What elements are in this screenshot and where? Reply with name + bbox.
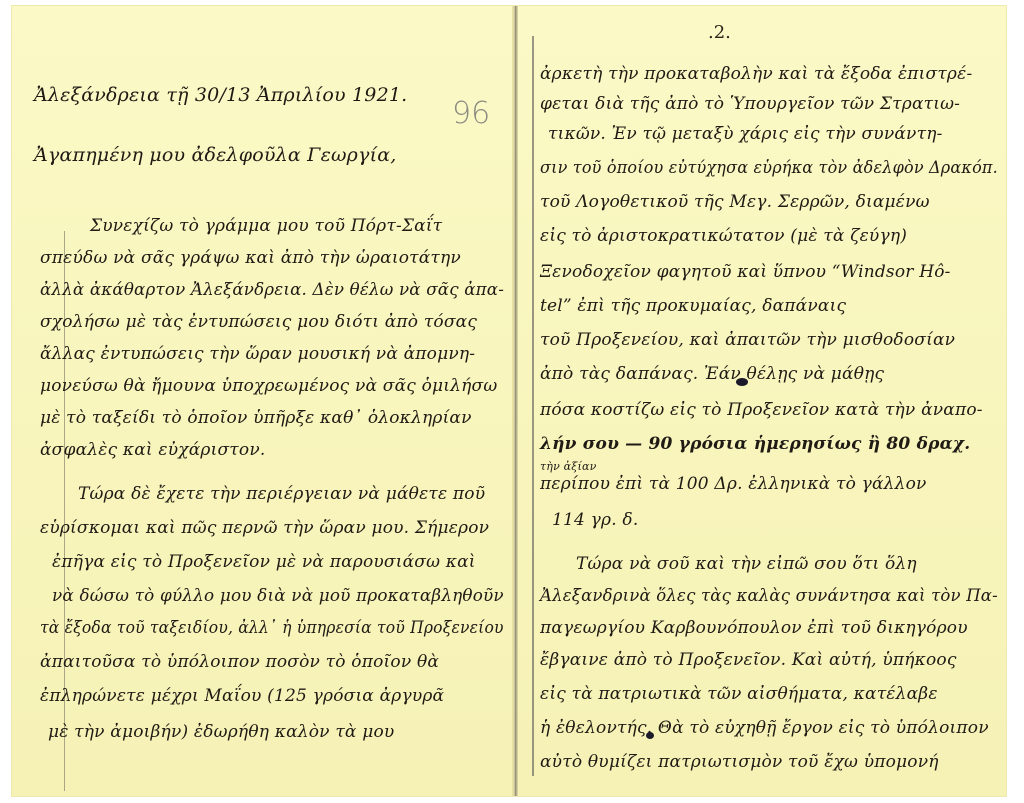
- archive-number: 96: [452, 96, 490, 131]
- letter-line: αὐτὸ θυμίζει πατριωτισμὸν τοῦ ἔχω ὑπομον…: [540, 752, 939, 772]
- letter-line: ἐπῆγα εἰς τὸ Προξενεῖον μὲ νὰ παρουσιάσω…: [52, 552, 476, 572]
- letter-line: ἀπὸ τὰς δαπάνας. Ἐάν θέλῃς νὰ μάθῃς: [540, 364, 884, 384]
- salutation: Ἀγαπημένη μου ἀδελφοῦλα Γεωργία,: [34, 144, 397, 166]
- page-number: .2.: [708, 22, 731, 43]
- right-margin-rule: [532, 36, 534, 776]
- letter-line: ἡ ἐθελοντής. Θὰ τὸ εὐχηθῇ ἔργον εἰς τὸ ὑ…: [540, 718, 989, 738]
- letter-line: Συνεχίζω τὸ γράμμα μου τοῦ Πόρτ-Σαΐτ: [90, 216, 442, 236]
- letter-line: Ξενοδοχεῖον φαγητοῦ καὶ ὕπνου “Windsor H…: [540, 262, 951, 282]
- letter-line: σχολήσω μὲ τὰς ἐντυπώσεις μου διότι ἀπὸ …: [40, 312, 477, 332]
- letter-line-amount: λήν σου — 90 γρόσια ἡμερησίως ἢ 80 δραχ.: [540, 434, 970, 454]
- letter-line: Τώρα νὰ σοῦ καὶ τὴν εἰπῶ σου ὅτι ὅλη: [576, 554, 917, 574]
- dateline: Ἀλεξάνδρεια τῇ 30/13 Ἀπριλίου 1921.: [34, 84, 407, 106]
- letter-line: 114 γρ. δ.: [552, 510, 638, 530]
- letter-line: τὰ ἔξοδα τοῦ ταξειδίου, ἀλλ᾽ ἡ ὑπηρεσία …: [40, 618, 504, 638]
- letter-line: σιν τοῦ ὁποίου εὐτύχησα εὑρήκα τὸν ἀδελφ…: [540, 158, 998, 178]
- letter-line: ἀσφαλὲς καὶ εὐχάριστον.: [40, 440, 265, 460]
- letter-line: παγεωργίου Καρβουνόπουλον ἐπὶ τοῦ δικηγό…: [540, 618, 968, 638]
- letter-line: τοῦ Λογοθετικοῦ τῆς Μεγ. Σερρῶν, διαμένω: [540, 192, 930, 212]
- letter-line: ἀρκετὴ τὴν προκαταβολὴν καὶ τὰ ἔξοδα ἐπι…: [540, 64, 972, 84]
- letter-line: tel” ἐπὶ τῆς προκυμαίας, δαπάναις: [540, 296, 846, 316]
- letter-line: περίπου ἐπὶ τὰ 100 Δρ. ἐλληνικὰ τὸ γάλλο…: [540, 474, 927, 494]
- letter-line: τοῦ Προξενείου, καὶ ἀπαιτῶν τὴν μισθοδοσ…: [540, 330, 955, 350]
- ink-dot: [646, 732, 654, 739]
- letter-line: εἰς τὸ ἀριστοκρατικώτατον (μὲ τὰ ζεύγη): [540, 226, 907, 246]
- letter-line: ἀλλὰ ἀκάθαρτον Ἀλεξάνδρεια. Δὲν θέλω νὰ …: [40, 280, 504, 300]
- interlinear-note: τὴν ἀξίαν: [540, 460, 597, 473]
- letter-line: πόσα κοστίζω εἰς τὸ Προξενεῖον κατὰ τὴν …: [540, 400, 983, 420]
- letter-line: ἔβγαινε ἀπὸ τὸ Προξενεῖον. Καὶ αὐτή, ὑπή…: [540, 650, 957, 670]
- letter-line: ἐπληρώνετε μέχρι Μαΐου (125 γρόσια ἀργυρ…: [40, 686, 444, 706]
- letter-line: ἀπαιτοῦσα τὸ ὑπόλοιπον ποσὸν τὸ ὁποῖον θ…: [40, 652, 439, 672]
- letter-line: μὲ τὴν ἀμοιβήν) ἐδωρήθη καλὸν τὰ μου: [48, 722, 394, 742]
- letter-line: μονεύσω θὰ ἤμουνα ὑποχρεωμένος νὰ σᾶς ὁμ…: [40, 376, 497, 396]
- page-right: .2. ἀρκετὴ τὴν προκαταβολὴν καὶ τὰ ἔξοδα…: [518, 6, 1006, 796]
- letter-sheet: Ἀλεξάνδρεια τῇ 30/13 Ἀπριλίου 1921. 96 Ἀ…: [12, 6, 1006, 796]
- letter-line: νὰ δώσω τὸ φύλλο μου διὰ νὰ μοῦ προκαταβ…: [52, 586, 504, 606]
- letter-line: ἄλλας ἐντυπώσεις τὴν ὥραν μουσική νὰ ἀπο…: [40, 344, 475, 364]
- letter-line: μὲ τὸ ταξείδι τὸ ὁποῖον ὑπῆρξε καθ᾽ ὁλοκ…: [40, 408, 472, 428]
- letter-line: Ἀλεξανδρινὰ ὅλες τὰς καλὰς συνάντησα καὶ…: [540, 586, 998, 606]
- letter-line: Τώρα δὲ ἔχετε τὴν περιέργειαν νὰ μάθετε …: [78, 484, 485, 504]
- letter-line: σπεύδω νὰ σᾶς γράψω καὶ ἀπὸ τὴν ὡραιοτάτ…: [40, 248, 461, 268]
- letter-line: τικῶν. Ἐν τῷ μεταξὺ χάρις εἰς τὴν συνάντ…: [548, 124, 943, 144]
- letter-line: εὑρίσκομαι καὶ πῶς περνῶ τὴν ὥραν μου. Σ…: [40, 518, 489, 538]
- page-left: Ἀλεξάνδρεια τῇ 30/13 Ἀπριλίου 1921. 96 Ἀ…: [12, 6, 512, 796]
- ink-blot: [736, 378, 748, 386]
- letter-line: εἰς τὰ πατριωτικὰ τῶν αἰσθήματα, κατέλαβ…: [540, 684, 938, 704]
- letter-line: φεται διὰ τῆς ἀπὸ τὸ Ὑπουργεῖον τῶν Στρα…: [540, 94, 960, 114]
